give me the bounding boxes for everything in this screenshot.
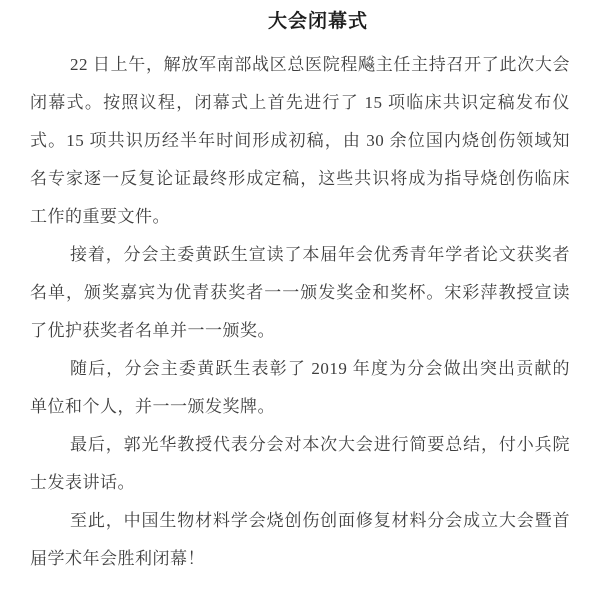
page-title: 大会闭幕式 (30, 10, 570, 34)
paragraph-conclusion: 至此，中国生物材料学会烧创伤创面修复材料分会成立大会暨首届学术年会胜利闭幕！ (30, 502, 570, 578)
paragraph-young-scholar-awards: 接着，分会主委黄跃生宣读了本届年会优秀青年学者论文获奖者名单，颁奖嘉宾为优青获奖… (30, 236, 570, 350)
document-body: 22 日上午，解放军南部战区总医院程飚主任主持召开了此次大会闭幕式。按照议程，闭… (30, 46, 570, 578)
paragraph-closing-remarks: 最后，郭光华教授代表分会对本次大会进行简要总结，付小兵院士发表讲话。 (30, 426, 570, 502)
paragraph-contribution-awards: 随后，分会主委黄跃生表彰了 2019 年度为分会做出突出贡献的单位和个人，并一一… (30, 350, 570, 426)
paragraph-opening-ceremony: 22 日上午，解放军南部战区总医院程飚主任主持召开了此次大会闭幕式。按照议程，闭… (30, 46, 570, 236)
document-page: 大会闭幕式 22 日上午，解放军南部战区总医院程飚主任主持召开了此次大会闭幕式。… (0, 0, 600, 596)
